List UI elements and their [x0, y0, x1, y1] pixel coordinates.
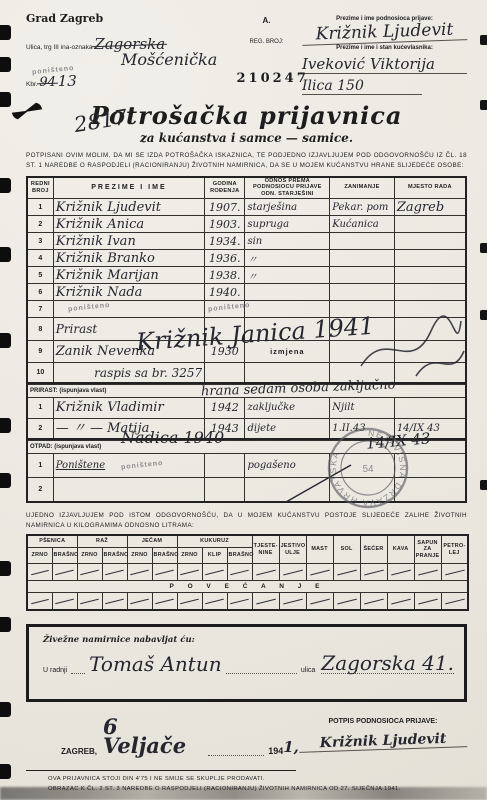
scan-mark	[0, 418, 11, 433]
scanned-document: Grad Zagreb Ulica, trg III ina-oznaka Za…	[0, 0, 487, 800]
person-row: 4 Križnik Branko 1936. 〃	[27, 250, 466, 267]
supplies-row-increase	[27, 592, 468, 610]
form-header: Grad Zagreb Ulica, trg III ina-oznaka Za…	[26, 12, 467, 95]
col-header-num: REDNI BROJ	[27, 177, 53, 199]
scan-mark	[0, 473, 11, 488]
landlord-value: Iveković Viktorija	[302, 55, 467, 74]
landlord-address: Ilica 150	[302, 78, 422, 95]
scan-mark	[0, 57, 11, 72]
signature-block: ZAGREB, 6 Veljače 194 1, POTPIS PODNOSIO…	[26, 718, 467, 756]
year-printed: 194	[268, 746, 283, 756]
person-name: Križnik Branko	[53, 250, 204, 267]
kbr-field: poništeno Kbr. 94 13	[26, 72, 231, 90]
scan-mark	[480, 100, 487, 110]
signature-label: POTPIS PODNOSIOCA PRIJAVE:	[299, 718, 467, 725]
group-jecam: JEČAM	[127, 535, 177, 547]
person-row: 7	[27, 301, 466, 318]
scan-mark	[0, 702, 11, 717]
person-occupation: Kućanica	[330, 216, 395, 233]
footer-rule	[26, 770, 296, 771]
scan-mark	[480, 310, 487, 320]
year-handwriting: 1,	[283, 738, 299, 756]
col-kava: KAVA	[387, 535, 414, 563]
person-row: 9 Zanik Nevenka 1930 izmjena	[27, 341, 466, 363]
person-name	[53, 301, 204, 318]
kbr-label: Kbr.	[26, 81, 38, 88]
col-secer: ŠEĆER	[360, 535, 387, 563]
prirast-note: dijete	[245, 418, 330, 439]
person-name: Križnik Ljudevit	[53, 199, 204, 216]
person-place	[394, 267, 466, 284]
person-year: 1940.	[205, 284, 245, 301]
person-occupation	[330, 233, 395, 250]
person-occupation	[330, 318, 395, 341]
sub-brasno: BRAŠNO	[227, 547, 252, 563]
shop-section: Živežne namirnice nabavljat ću: U radnji…	[26, 624, 467, 702]
prirast-label: PRIRAST: (ispunjava vlast)	[27, 384, 205, 397]
prirast-year: 1942	[205, 397, 245, 418]
group-raz: RAŽ	[77, 535, 127, 547]
reg-broj-value: 210247	[237, 71, 297, 86]
col-jestivo-ulje: JESTIVO ULJE	[279, 535, 306, 563]
person-name: Prirast	[53, 318, 204, 341]
title-block: 2817 Potrošačka prijavnica za kućanstva …	[26, 101, 467, 145]
person-year: 1936.	[205, 250, 245, 267]
col-sol: SOL	[333, 535, 360, 563]
person-name: Zanik Nevenka	[53, 341, 204, 363]
person-relation	[245, 301, 330, 318]
otpad-label: OTPAD: (ispunjava vlast)	[27, 441, 205, 454]
signature-handwriting: Križnik Ljudevit	[299, 730, 468, 753]
person-place	[394, 284, 466, 301]
persons-table: REDNI BROJ PREZIME I IME GODINA ROĐENJA …	[26, 176, 467, 384]
scan-mark	[0, 561, 11, 576]
sub-brasno: BRAŠNO	[102, 547, 127, 563]
person-row: 2 Križnik Anica 1903. supruga Kućanica	[27, 216, 466, 233]
applicant-value: Križnik Ljudevit	[302, 19, 468, 46]
scan-mark	[480, 35, 487, 45]
scan-mark	[480, 243, 487, 253]
scan-mark	[0, 247, 11, 262]
person-place: Zagreb	[394, 199, 466, 216]
person-occupation	[330, 250, 395, 267]
scan-mark	[0, 764, 11, 779]
col-header-relation: ODNOS PREMA PODNOSIOCU PRIJAVE ODN. STAR…	[245, 177, 330, 199]
person-name: Križnik Marijan	[53, 267, 204, 284]
prirast-name: Križnik Vladimir	[53, 397, 204, 418]
sub-zrno: ZRNO	[127, 547, 152, 563]
person-year: 1938.	[205, 267, 245, 284]
footer-notes: OVA PRIJAVNICA STOJI DIN 4'75 I NE SMIJE…	[26, 770, 467, 795]
person-year	[205, 318, 245, 341]
landlord-label: Prezime i ime i stan kućevlasnika:	[302, 45, 467, 51]
person-year: 1934.	[205, 233, 245, 250]
col-header-place: MJESTO RADA	[394, 177, 466, 199]
col-petrolej: PETRO­LEJ	[441, 535, 468, 563]
date-handwriting: 6 Veljače	[103, 718, 202, 756]
scan-mark	[0, 617, 11, 632]
scan-mark	[0, 92, 11, 107]
col-header-year: GODINA ROĐENJA	[205, 177, 245, 199]
person-occupation	[330, 301, 395, 318]
person-row: 1 Križnik Ljudevit 1907. starješina Peka…	[27, 199, 466, 216]
prirast-row: 1 Križnik Vladimir 1942 zaključke Njilt	[27, 397, 466, 418]
shop-label: Živežne namirnice nabavljat ću:	[43, 635, 454, 645]
person-row: 8 Prirast	[27, 318, 466, 341]
person-place	[394, 216, 466, 233]
scan-mark	[480, 480, 487, 490]
scan-mark	[0, 178, 11, 193]
person-row: 6 Križnik Nada 1940.	[27, 284, 466, 301]
footer-line-1: OVA PRIJAVNICA STOJI DIN 4'75 I NE SMIJE…	[48, 775, 467, 785]
sub-klip: KLIP	[202, 547, 227, 563]
sub-brasno: BRAŠNO	[52, 547, 77, 563]
person-place	[394, 233, 466, 250]
round-stamp-number: 54	[362, 464, 374, 475]
person-year	[205, 301, 245, 318]
povecanje-label: P O V E Ć A N J E	[27, 580, 468, 592]
group-kukuruz: KUKURUZ	[177, 535, 252, 547]
person-relation	[245, 318, 330, 341]
person-year: 1930	[205, 341, 245, 363]
intro-declaration: POTPISANI OVIM MOLIM, DA MI SE IZDA POTR…	[26, 151, 467, 171]
person-place	[394, 301, 466, 318]
person-occupation: Pekar. pom	[330, 199, 395, 216]
person-occupation	[330, 267, 395, 284]
person-relation	[245, 284, 330, 301]
person-year: 1903.	[205, 216, 245, 233]
person-row: 10 raspis sa br. 3257	[27, 363, 466, 383]
kbr-value-old: 94	[39, 75, 56, 90]
kbr-value: 13	[58, 72, 77, 90]
person-year: 1907.	[205, 199, 245, 216]
footer-line-2: OBRAZAC K ČL. 2 ST. 3 NAREDBE O RASPODJE…	[48, 785, 467, 795]
prirast-name: — 〃 — Matija	[53, 418, 204, 439]
section-a-label: A.	[237, 16, 297, 25]
sub-zrno: ZRNO	[177, 547, 202, 563]
reg-broj-label: REG. BROJ:	[237, 39, 297, 45]
prirast-extra: Njilt	[330, 397, 395, 418]
prirast-year: 1943	[205, 418, 245, 439]
person-name: raspis sa br. 3257	[53, 363, 204, 383]
col-mast: MAST	[306, 535, 333, 563]
city-date-label: ZAGREB,	[61, 747, 97, 756]
official-round-stamp: NEZAVISNA DRŽAVA HRVATSKA 54	[326, 426, 410, 515]
u-radnji-label: U radnji	[43, 667, 67, 674]
person-row: 3 Križnik Ivan 1934. sin	[27, 233, 466, 250]
prirast-note: zaključke	[245, 397, 330, 418]
person-occupation	[330, 284, 395, 301]
col-tjestenine: TJESTE­NINE	[252, 535, 279, 563]
persons-table-wrap: REDNI BROJ PREZIME I IME GODINA ROĐENJA …	[26, 176, 467, 384]
city-name: Grad Zagreb	[26, 12, 231, 25]
group-psenica: PŠENICA	[27, 535, 77, 547]
otpad-mid: pogašeno	[245, 454, 330, 478]
street-value-old: Zagorska	[94, 35, 165, 53]
person-place	[394, 318, 466, 341]
scan-mark	[0, 25, 11, 40]
person-name: Križnik Nada	[53, 284, 204, 301]
izmjena-stamp: izmjena	[245, 341, 330, 363]
person-row: 5 Križnik Marijan 1938. 〃	[27, 267, 466, 284]
col-sapun: SAPUN ZA PRANJE	[414, 535, 441, 563]
supplies-row-initial	[27, 563, 468, 580]
person-name: Križnik Ivan	[53, 233, 204, 250]
person-relation: sin	[245, 233, 330, 250]
otpad-name: Poništene	[53, 454, 204, 478]
person-relation: starješina	[245, 199, 330, 216]
person-name: Križnik Anica	[53, 216, 204, 233]
otpad-section: OTPAD: (ispunjava vlast) 1 Poništene pog…	[26, 440, 467, 503]
col-header-name: PREZIME I IME	[53, 177, 204, 199]
person-relation: 〃	[245, 250, 330, 267]
col-header-occupation: ZANIMANJE	[330, 177, 395, 199]
shop-name-handwriting: Tomaš Antun	[89, 654, 221, 674]
person-place	[394, 250, 466, 267]
shop-street-handwriting: Zagorska 41.	[321, 653, 454, 674]
sub-zrno: ZRNO	[27, 547, 52, 563]
sub-brasno: BRAŠNO	[152, 547, 177, 563]
ulica-label: ulica	[301, 667, 315, 674]
person-relation: 〃	[245, 267, 330, 284]
person-relation: supruga	[245, 216, 330, 233]
scan-mark	[0, 333, 11, 348]
supplies-table: PŠENICA RAŽ JEČAM KUKURUZ TJESTE­NINE JE…	[26, 534, 469, 611]
sub-zrno: ZRNO	[77, 547, 102, 563]
street-label: Ulica, trg III ina-oznaka	[26, 44, 92, 51]
